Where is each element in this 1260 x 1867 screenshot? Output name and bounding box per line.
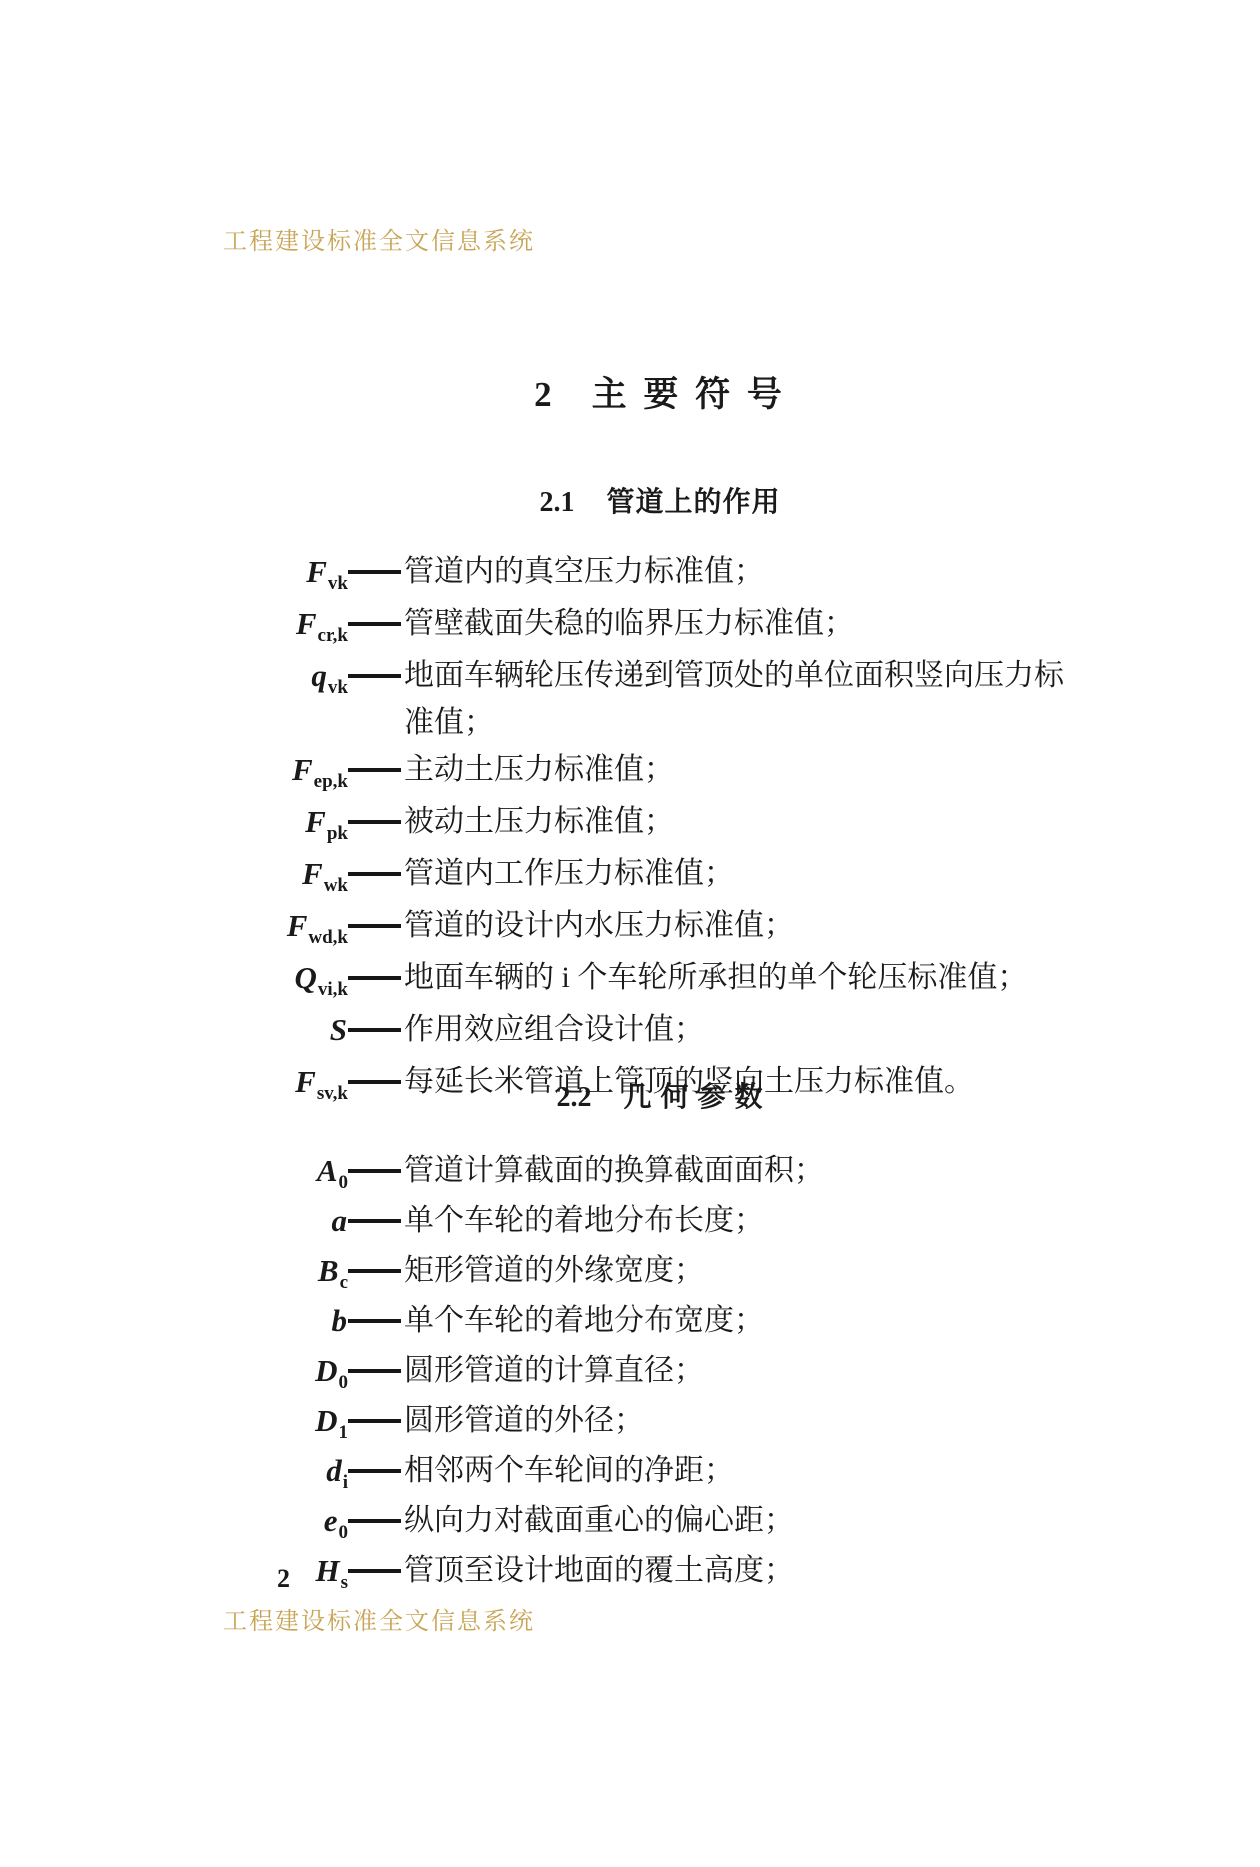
symbol-name: Qvi,k [0,954,348,1006]
section-number: 2.2 [556,1082,591,1113]
symbol-subscript: pk [327,823,348,844]
symbol-definition-row: a单个车轮的着地分布长度； [0,1198,1080,1248]
symbol-definition-row: e0纵向力对截面重心的偏心距； [0,1498,1080,1548]
symbol-definition: 主动土压力标准值； [404,746,1080,793]
symbol-definition: 单个车轮的着地分布宽度； [404,1298,1080,1343]
symbol-definition-row: A0管道计算截面的换算截面面积； [0,1148,1080,1198]
symbol-definition: 地面车辆的 i 个车轮所承担的单个轮压标准值； [404,954,1080,1001]
dash-connector [348,1006,404,1032]
symbol-subscript: vi,k [318,979,348,1000]
symbol-definition: 管道计算截面的换算截面面积； [404,1148,1080,1193]
symbol-definition-row: b单个车轮的着地分布宽度； [0,1298,1080,1348]
symbol-name: D0 [0,1348,348,1398]
symbol-definition: 相邻两个车轮间的净距； [404,1448,1080,1493]
symbol-definition-row: Fcr,k管壁截面失稳的临界压力标准值； [0,600,1080,652]
symbol-definition-row: Fwk管道内工作压力标准值； [0,850,1080,902]
symbol-name: Fpk [0,798,348,850]
symbol-subscript: cr,k [318,625,348,646]
symbol-definition-row: D0圆形管道的计算直径； [0,1348,1080,1398]
section-heading-text: 管道上的作用 [606,487,780,518]
symbol-definition: 圆形管道的外径； [404,1398,1080,1443]
dash-connector [348,600,404,626]
dash-connector [348,746,404,772]
symbol-definition: 地面车辆轮压传递到管顶处的单位面积竖向压力标准值； [404,652,1080,746]
footer-watermark: 工程建设标准全文信息系统 [223,1601,535,1636]
symbol-definition-row: qvk地面车辆轮压传递到管顶处的单位面积竖向压力标准值； [0,652,1080,746]
symbol-subscript: wk [324,875,348,896]
section-heading-2-2: 2.2几 何 参 数 [185,1083,1135,1114]
symbol-name: A0 [0,1148,348,1198]
symbol-definition-row: Bc矩形管道的外缘宽度； [0,1248,1080,1298]
dash-connector [348,954,404,980]
section-heading-text: 几 何 参 数 [623,1082,763,1113]
symbol-definition-row: di相邻两个车轮间的净距； [0,1448,1080,1498]
symbol-name: Fcr,k [0,600,348,652]
symbol-name: S [0,1006,348,1058]
symbol-subscript: s [341,1572,348,1593]
symbol-list-actions-on-pipes: Fvk管道内的真空压力标准值；Fcr,k管壁截面失稳的临界压力标准值；qvk地面… [0,548,1080,1110]
page-number: 2 [277,1566,290,1592]
symbol-name: Fwk [0,850,348,902]
dash-connector [348,1448,404,1473]
symbol-name: Fep,k [0,746,348,798]
dash-connector [348,1298,404,1323]
dash-connector [348,1058,404,1084]
symbol-name: di [0,1448,348,1498]
symbol-name: Bc [0,1248,348,1298]
symbol-subscript: vk [328,677,348,698]
dash-connector [348,548,404,574]
symbol-definition-row: Fep,k主动土压力标准值； [0,746,1080,798]
dash-connector [348,1548,404,1573]
symbol-definition-row: Fpk被动土压力标准值； [0,798,1080,850]
symbol-definition: 纵向力对截面重心的偏心距； [404,1498,1080,1543]
section-heading-2-1: 2.1管道上的作用 [185,488,1135,519]
symbol-subscript: 0 [339,1372,349,1393]
symbol-subscript: i [343,1472,348,1493]
symbol-definition-row: Hs管顶至设计地面的覆土高度； [0,1548,1080,1598]
dash-connector [348,1198,404,1223]
symbol-definition: 矩形管道的外缘宽度； [404,1248,1080,1293]
header-watermark: 工程建设标准全文信息系统 [223,221,535,256]
symbol-name: qvk [0,652,348,704]
symbol-name: Fwd,k [0,902,348,954]
symbol-definition-row: Fwd,k管道的设计内水压力标准值； [0,902,1080,954]
symbol-definition: 作用效应组合设计值； [404,1006,1080,1053]
symbol-name: e0 [0,1498,348,1548]
dash-connector [348,1248,404,1273]
symbol-definition: 管顶至设计地面的覆土高度； [404,1548,1080,1593]
symbol-name: Hs [0,1548,348,1598]
dash-connector [348,1498,404,1523]
symbol-definition: 圆形管道的计算直径； [404,1348,1080,1393]
symbol-subscript: ep,k [314,771,348,792]
symbol-definition: 单个车轮的着地分布长度； [404,1198,1080,1243]
chapter-title-text: 主 要 符 号 [592,375,786,414]
symbol-definition-row: S作用效应组合设计值； [0,1006,1080,1058]
chapter-title: 2主 要 符 号 [185,376,1135,415]
symbol-definition: 管道内工作压力标准值； [404,850,1080,897]
document-page: 工程建设标准全文信息系统 2主 要 符 号 2.1管道上的作用 Fvk管道内的真… [0,0,1260,1867]
symbol-definition-row: Qvi,k地面车辆的 i 个车轮所承担的单个轮压标准值； [0,954,1080,1006]
dash-connector [348,652,404,678]
dash-connector [348,798,404,824]
symbol-definition: 被动土压力标准值； [404,798,1080,845]
symbol-name: a [0,1198,348,1248]
section-number: 2.1 [539,487,574,518]
symbol-subscript: wd,k [308,927,348,948]
dash-connector [348,850,404,876]
dash-connector [348,1148,404,1173]
dash-connector [348,1348,404,1373]
symbol-subscript: c [340,1272,348,1293]
symbol-definition-row: Fvk管道内的真空压力标准值； [0,548,1080,600]
dash-connector [348,1398,404,1423]
symbol-name: b [0,1298,348,1348]
symbol-subscript: 0 [339,1522,349,1543]
symbol-definition-row: D1圆形管道的外径； [0,1398,1080,1448]
symbol-subscript: 0 [339,1172,349,1193]
symbol-subscript: vk [328,573,348,594]
symbol-name: Fvk [0,548,348,600]
symbol-definition: 管道的设计内水压力标准值； [404,902,1080,949]
dash-connector [348,902,404,928]
symbol-list-geometric-parameters: A0管道计算截面的换算截面面积；a单个车轮的着地分布长度；Bc矩形管道的外缘宽度… [0,1148,1080,1598]
symbol-subscript: 1 [339,1422,349,1443]
symbol-name: D1 [0,1398,348,1448]
symbol-definition: 管壁截面失稳的临界压力标准值； [404,600,1080,647]
chapter-number: 2 [534,375,552,414]
symbol-definition: 管道内的真空压力标准值； [404,548,1080,595]
